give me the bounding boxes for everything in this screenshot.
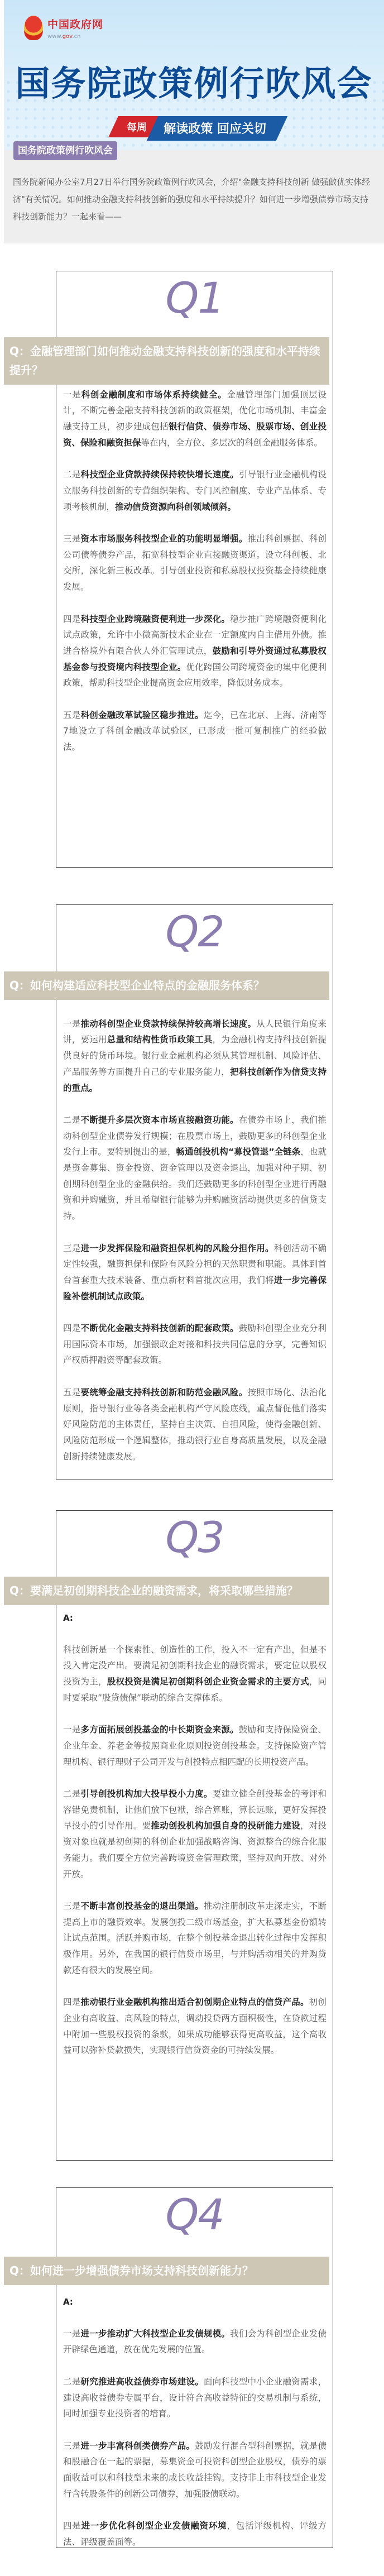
answer-body: A: 科技创新是一个探索性、创造性的工作，投入不一定有产出，但是不投入肯定没产出…	[63, 1610, 327, 2075]
answer-paragraph: 四是进一步优化科创型企业发债融资环境，包括评级机构、评级方法、评级覆盖面等。	[63, 2518, 327, 2550]
answer-paragraph: 五是科创金融改革试验区稳步推进。迄今，已在北京、上海、济南等7地设立了科创金融改…	[63, 707, 327, 755]
answer-paragraph: 四是不断优化金融支持科技创新的配套政策。鼓励科创型企业充分利用国际资本市场，加强…	[63, 1320, 327, 1368]
section-tag: 国务院政策例行吹风会	[13, 141, 117, 160]
question-bar: Q：如何构建适应科技型企业特点的金融服务体系？	[4, 971, 329, 1000]
site-logo[interactable]: 中国政府网 www.gov.cn	[24, 16, 103, 40]
answer-paragraph: 三是进一步丰富科创类债券产品。鼓励发行混合型科创票据，就是债和股融合在一起的票据…	[63, 2438, 327, 2502]
answer-paragraph: 二是科技型企业贷款持续保持较快增长速度。引导银行业金融机构设立服务科技创新的专营…	[63, 467, 327, 515]
answer-paragraph: 三是不断丰富创投基金的退出渠道。推动注册制改革走深走实，不断提高上市的融资效率。…	[63, 1898, 327, 1979]
question-bar: Q：金融管理部门如何推动金融支持科技创新的强度和水平持续提升？	[4, 337, 329, 385]
header-banner: 中国政府网 www.gov.cn 国务院政策例行吹风会 每周 解读政策 回应关切	[4, 0, 384, 160]
answer-paragraph: 一是科创金融制度和市场体系持续健全。金融管理部门加强顶层设计，不断完善金融支持科…	[63, 387, 327, 451]
answer-label: A:	[63, 1610, 327, 1626]
site-url: www.gov.cn	[47, 33, 103, 40]
answer-paragraph: 一是进一步推动扩大科技型企业发债规模。我们会为科创型企业发债开辟绿色通道，放在优…	[63, 2326, 327, 2358]
answer-body: A: 一是科创金融制度和市场体系持续健全。金融管理部门加强顶层设计，不断完善金融…	[63, 355, 327, 772]
question-bar: Q：如何进一步增强债券市场支持科技创新能力？	[4, 2257, 329, 2285]
question-number: Q3	[56, 1514, 333, 1561]
answer-body: A: 一是推动科创型企业贷款持续保持较高增长速度。从人民银行角度来讲，要运用总量…	[63, 984, 327, 1481]
answer-paragraph: 四是推动银行业金融机构推出适合初创期企业特点的信贷产品。初创企业有高收益、高风险…	[63, 1994, 327, 2058]
question-bar: Q：要满足初创期科技企业的融资需求，将采取哪些措施？	[4, 1577, 329, 1605]
site-name: 中国政府网	[47, 16, 103, 31]
motto-ribbon: 解读政策 回应关切	[147, 116, 287, 141]
answer-paragraph: 科技创新是一个探索性、创造性的工作，投入不一定有产出，但是不投入肯定没产出。要满…	[63, 1642, 327, 1706]
answer-paragraph: 四是科技型企业跨境融资便利进一步深化。稳步推广跨境融资便利化试点政策，允许中小微…	[63, 611, 327, 692]
answer-paragraph: 二是引导创投机构加大投早投小力度。要建立健全创投基金的考评和容错免责机制，让他们…	[63, 1786, 327, 1882]
answer-paragraph: 一是推动科创型企业贷款持续保持较高增长速度。从人民银行角度来讲，要运用总量和结构…	[63, 1016, 327, 1097]
question-number: Q2	[56, 908, 333, 955]
answer-paragraph: 三是资本市场服务科技型企业的功能明显增强。推出科创票据、科创公司债等债券产品，拓…	[63, 531, 327, 595]
qa-card-4: Q4 A: 一是进一步推动扩大科技型企业发债规模。我们会为科创型企业发债开辟绿色…	[56, 2187, 333, 2548]
answer-paragraph: 五是要统筹金融支持科技创新和防范金融风险。按照市场化、法治化原则，指导银行业等各…	[63, 1385, 327, 1465]
answer-paragraph: 一是多方面拓展创投基金的中长期资金来源。鼓励和支持保险资金、企业年金、养老金等按…	[63, 1722, 327, 1770]
answer-paragraph: 二是研究推进高收益债券市场建设。面向科技型中小企业融资需求，建设高收益债券专属平…	[63, 2374, 327, 2422]
answer-body: A: 一是进一步推动扩大科技型企业发债规模。我们会为科创型企业发债开辟绿色通道，…	[63, 2294, 327, 2566]
banner-slogan: 每周 解读政策 回应关切	[113, 116, 282, 141]
answer-paragraph: 二是不断提升多层次资本市场直接融资功能。在债券市场上，我们推动科创型企业债券发行…	[63, 1112, 327, 1224]
answer-label: A:	[63, 2294, 327, 2310]
banner-title: 国务院政策例行吹风会	[4, 56, 384, 106]
intro-text: 国务院新闻办公室7月27日举行国务院政策例行吹风会，介绍"金融支持科技创新 做强…	[13, 174, 376, 226]
question-number: Q4	[56, 2191, 333, 2238]
intro-box: 国务院新闻办公室7月27日举行国务院政策例行吹风会，介绍"金融支持科技创新 做强…	[4, 150, 384, 243]
question-number: Q1	[56, 275, 333, 322]
national-emblem-icon	[24, 16, 43, 40]
answer-paragraph: 三是进一步发挥保险和融资担保机构的风险分担作用。科创活动不确定性较强，融资担保和…	[63, 1241, 327, 1305]
qa-card-3: Q3 A: 科技创新是一个探索性、创造性的工作，投入不一定有产出，但是不投入肯定…	[56, 1510, 333, 2161]
